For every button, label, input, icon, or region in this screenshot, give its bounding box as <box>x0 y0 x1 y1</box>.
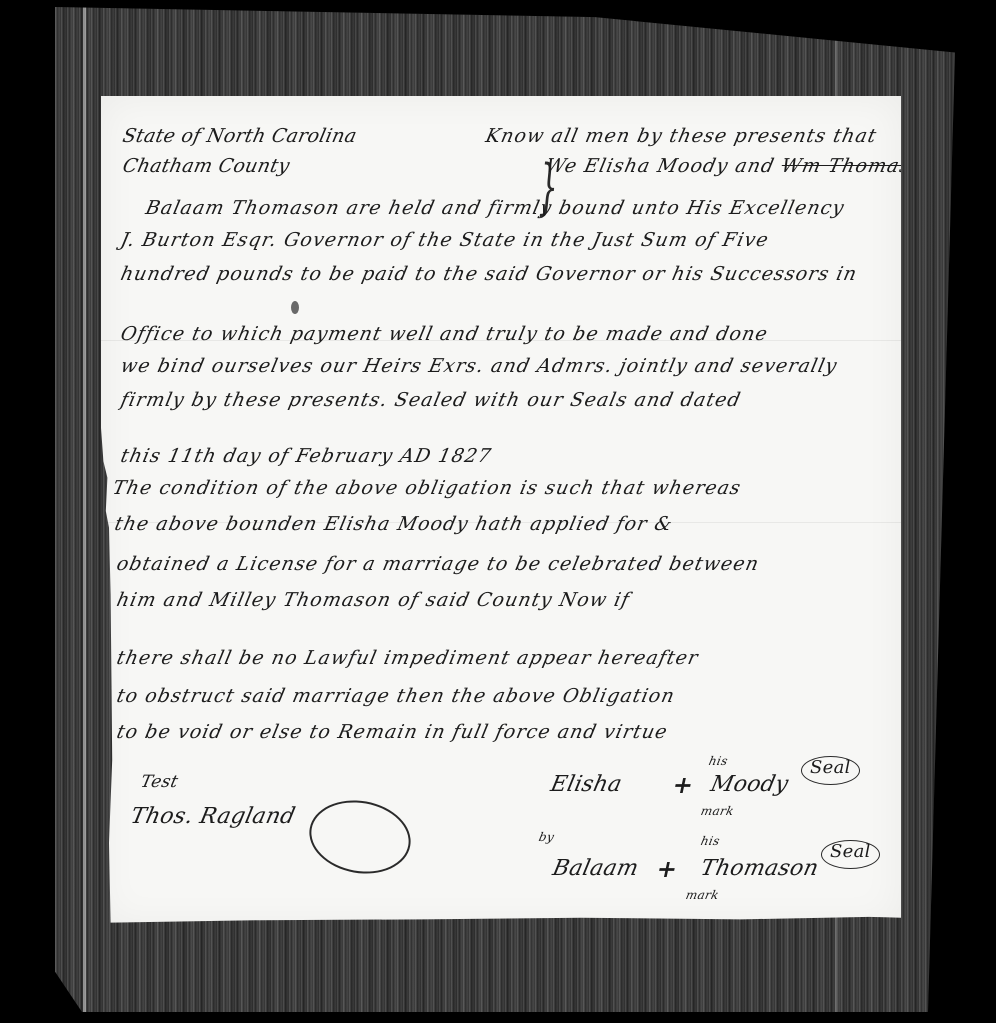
sig2-last-name: Thomason <box>698 856 820 881</box>
sig2-by: by <box>538 830 556 844</box>
ink-blot <box>291 301 299 314</box>
header-county: Chatham County <box>120 154 291 178</box>
body-line-6: firmly by these presents. Sealed with ou… <box>118 388 743 412</box>
sig1-mark-cross: + <box>670 770 697 799</box>
body-line-13: to obstruct said marriage then the above… <box>114 684 677 708</box>
document-paper: State of North Carolina Chatham County }… <box>101 96 901 926</box>
body-line-10: obtained a License for a marriage to be … <box>114 552 761 576</box>
handwritten-text: State of North Carolina Chatham County }… <box>101 96 901 926</box>
body-line-9: the above bounden Elisha Moody hath appl… <box>112 512 675 536</box>
header-opening: Know all men by these presents that <box>483 124 879 148</box>
body-line-2: J. Burton Esqr. Governor of the State in… <box>118 228 771 252</box>
sig1-last-name: Moody <box>708 772 790 797</box>
sig2-mark-label: mark <box>685 888 721 902</box>
body-line-14: to be void or else to Remain in full for… <box>114 720 670 744</box>
sig1-seal: Seal <box>801 756 860 785</box>
header-parties: We Elisha Moody and Wm Thomason <box>543 154 939 178</box>
body-line-1: Balaam Thomason are held and firmly boun… <box>143 196 847 220</box>
body-line-3: hundred pounds to be paid to the said Go… <box>118 262 859 286</box>
witness-name: Thos. Ragland <box>128 804 297 829</box>
sig2-mark-cross: + <box>654 854 681 883</box>
body-line-8-condition: The condition of the above obligation is… <box>110 476 743 500</box>
sig2-seal: Seal <box>821 840 880 869</box>
body-line-7-date: this 11th day of February AD 1827 <box>118 444 493 468</box>
witness-seal-circle <box>304 793 417 882</box>
body-line-12: there shall be no Lawful impediment appe… <box>114 646 700 670</box>
body-line-5: we bind ourselves our Heirs Exrs. and Ad… <box>118 354 839 378</box>
header-parties-names: We Elisha Moody and <box>544 155 777 177</box>
board-streak <box>83 2 86 1012</box>
sig1-mark-label: mark <box>700 804 736 818</box>
sig1-his: his <box>708 754 730 768</box>
witness-label: Test <box>139 772 180 792</box>
sig2-his: his <box>700 834 722 848</box>
body-line-11: him and Milley Thomason of said County N… <box>114 588 632 612</box>
sig2-first-name: Balaam <box>550 856 641 881</box>
body-line-4: Office to which payment well and truly t… <box>118 322 770 346</box>
header-state: State of North Carolina <box>120 124 359 148</box>
scan-frame: State of North Carolina Chatham County }… <box>0 0 996 1023</box>
sig1-first-name: Elisha <box>548 772 624 797</box>
